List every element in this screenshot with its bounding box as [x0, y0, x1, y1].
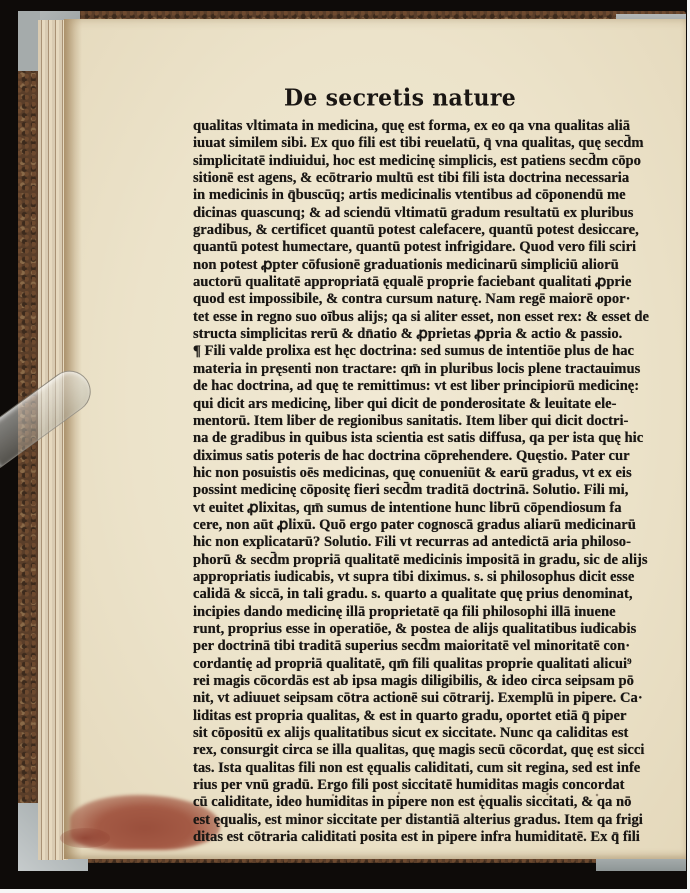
- scan-edge-bottom: [0, 889, 690, 893]
- text-line: incipies dando medicinę illā proprietatē…: [193, 604, 613, 621]
- text-line: ¶ Fili valde prolixa est hęc doctrina: s…: [193, 343, 613, 360]
- text-line: rius per vnū gradū. Ergo fili post sicci…: [193, 777, 613, 794]
- text-line: simplicitatē indiuidui, hoc est medicinę…: [193, 153, 613, 170]
- text-line: runt, proprius esse in operatiōe, & post…: [193, 621, 613, 638]
- text-line: liditas est propria qualitas, & est in q…: [193, 708, 613, 725]
- text-line: in medicinis in q̄buscūq; artis medicina…: [193, 187, 613, 204]
- text-line: ditas est cōtraria caliditati posita est…: [193, 829, 613, 846]
- text-line: quod est impossibile, & contra cursum na…: [193, 291, 613, 308]
- text-line: calidā & siccā, in tali gradu. s. quarto…: [193, 586, 613, 603]
- vellum-spine: [18, 11, 40, 71]
- book-scan: De secretis nature qualitas vltimata in …: [0, 0, 690, 893]
- text-line: qualitas vltimata in medicina, quę est f…: [193, 118, 613, 135]
- text-line: qui dicit ars medicinę, liber qui dicit …: [193, 396, 613, 413]
- text-line: materia in pręsenti non tractare: qm̄ in…: [193, 361, 613, 378]
- text-line: mentorū. Item liber de regionibus sanita…: [193, 413, 613, 430]
- text-line: quantū potest humectare, quantū potest i…: [193, 239, 613, 256]
- gutter-shadow: [64, 19, 82, 859]
- text-line: nit, vt adiuuet seipsam cōtra actionē su…: [193, 690, 613, 707]
- text-line: cū caliditate, ideo humiditas in pipere …: [193, 794, 613, 811]
- text-line: na de gradibus in quibus ista scientia e…: [193, 430, 613, 447]
- text-line: phorū & secd̄m propriā qualitatē medicin…: [193, 552, 613, 569]
- text-line: tas. Ista qualitas fili non est ęqualis …: [193, 760, 613, 777]
- text-line: hic non posuistis oēs medicinas, quę con…: [193, 465, 613, 482]
- text-line: sit cōpositū ex alijs qualitatibus sicut…: [193, 725, 613, 742]
- text-line: rei magis cōcordās est ab ipsa magis dil…: [193, 673, 613, 690]
- text-line: possint medicinę cōpositę fieri secd̄m t…: [193, 482, 613, 499]
- text-line: cordantię ad propriā qualitatē, qm̄ fili…: [193, 656, 613, 673]
- text-line: structa simplicitas rerū & dn̄atio & ꝓpr…: [193, 326, 613, 343]
- body-text: qualitas vltimata in medicina, quę est f…: [193, 118, 613, 846]
- text-line: per doctrinā tibi traditā superius secd̄…: [193, 638, 613, 655]
- text-line: hic non explicatarū? Solutio. Fili vt re…: [193, 534, 613, 551]
- text-line: rex, consurgit circa se illa qualitas, q…: [193, 742, 613, 759]
- text-line: est ęqualis, est minor siccitate per dis…: [193, 812, 613, 829]
- text-line: appropriatis iudicabis, vt supra tibi di…: [193, 569, 613, 586]
- text-line: gradibus, & certificet quantū potest cal…: [193, 222, 613, 239]
- stain-mark-small: [60, 828, 110, 848]
- text-line: non potest ꝓpter cōfusionē graduationis …: [193, 257, 613, 274]
- text-line: dicinas quascunq; & ad sciendū vltimatū …: [193, 205, 613, 222]
- running-head: De secretis nature: [200, 84, 600, 111]
- text-line: iuuat similem sibi. Ex quo fili est tibi…: [193, 135, 613, 152]
- text-line: tet esse in regno suo oībus alijs; qa si…: [193, 309, 613, 326]
- text-line: auctorū qualitatē appropriatā ęqualē pro…: [193, 274, 613, 291]
- text-line: de hac doctrina, ad quę te remittimus: v…: [193, 378, 613, 395]
- text-line: diximus satis poteris de hac doctrina cō…: [193, 448, 613, 465]
- text-line: vt euitet ꝓlixitas, qm̄ sumus de intenti…: [193, 500, 613, 517]
- text-line: cere, non aūt ꝓlixū. Quō ergo pater cogn…: [193, 517, 613, 534]
- text-line: sitionē est agens, & ecōtrario multū est…: [193, 170, 613, 187]
